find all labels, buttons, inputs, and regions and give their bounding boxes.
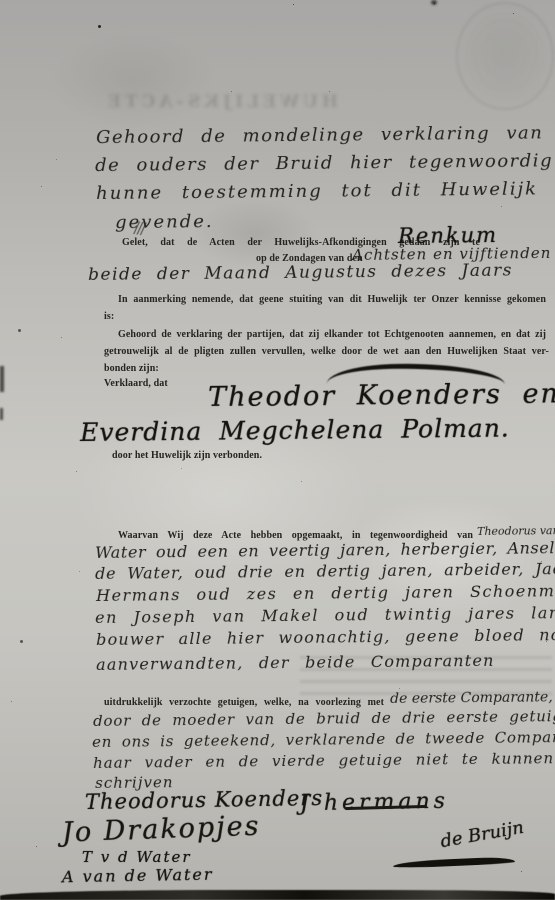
printed-declaration-line2: getrouwelijk al de pligten zullen vervul… [104, 346, 549, 357]
handwritten-witness-line: Theodorus van der [477, 524, 555, 538]
signature-witness-t-vd-water: T v d Water [82, 848, 192, 866]
dust-speckles [98, 25, 101, 28]
signature-witness-a-vd-water: A van de Water [62, 865, 214, 887]
handwritten-groom-name: Theodor Koenders en [208, 378, 555, 413]
printed-no-objection-line2: is: [104, 311, 114, 322]
top-edge-ink-mark [431, 0, 437, 5]
signature-groom: Theodorus Koenders [85, 786, 324, 814]
signature-witness-hermans: J hermans [300, 789, 449, 817]
left-edge-ink-mark [0, 366, 4, 392]
scan-bottom-edge [0, 890, 555, 900]
bleedthrough-title: HUWELIJKS-ACTE [138, 92, 338, 112]
printed-signing-line: uitdrukkelijk verzochte getuigen, welke,… [104, 697, 384, 708]
printed-declaration-line3: bonden zijn: [104, 363, 159, 374]
scanned-marriage-certificate: { "document": { "bleedthrough_title": "H… [0, 0, 555, 900]
printed-verklaard-dat: Verklaard, dat [104, 378, 168, 389]
printed-verbonden-line: door het Huwelijk zijn verbonden. [112, 450, 262, 461]
printed-declaration-line1: Gehoord de verklaring der partijen, dat … [118, 329, 546, 340]
faint-round-stamp [456, 2, 554, 110]
left-edge-ink-mark [0, 408, 3, 420]
handwritten-signing-line: de eerste Comparante, [390, 689, 553, 707]
handwritten-bride-name: Everdina Megchelena Polman. [80, 414, 510, 447]
handwritten-consent-line: gevende. [115, 211, 214, 233]
printed-no-objection-line1: In aanmerking nemende, dat geene stuitin… [118, 294, 546, 305]
